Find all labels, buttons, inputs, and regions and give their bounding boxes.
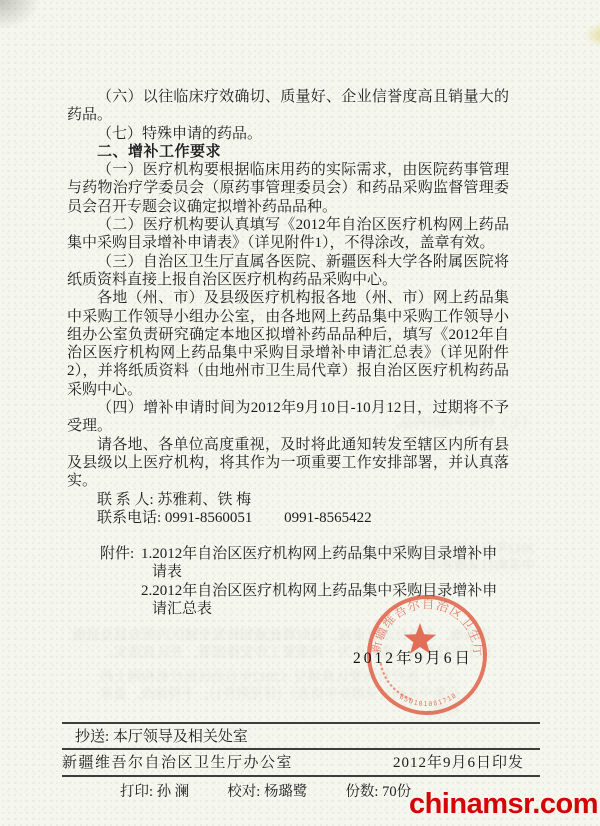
scan-edge-stain [584, 22, 600, 48]
copies-label: 份数: [345, 784, 378, 800]
body-paragraph: 请各地、各单位高度重视，及时将此通知转发至辖区内所有县及县级以上医疗机构，将其作… [67, 436, 509, 491]
attachment-title: 2012年自治区医疗机构网上药品集中采购目录增补申 [152, 546, 497, 562]
print-name: 孙 澜 [157, 784, 190, 800]
body-paragraph: （七）特殊申请的药品。 [67, 125, 509, 143]
attachment-title-wrap: 请表 [141, 563, 509, 581]
attachment-number: 1. [141, 546, 152, 562]
contact-person-line: 联 系 人: 苏雅莉、铁 梅 [67, 491, 509, 509]
body-paragraph: （三）自治区卫生厅直属各医院、新疆医科大学各附属医院将纸质资料直接上报自治区医疗… [67, 253, 509, 290]
contact-phone-1: 0991-8560051 [165, 510, 253, 526]
section-heading: 二、增补工作要求 [67, 143, 509, 161]
body-paragraph: （一）医疗机构要根据临床用药的实际需求，由医院药事管理与药物治疗学委员会（原药事… [67, 161, 509, 216]
scan-corner-smudge [0, 0, 46, 34]
contact-phone-2: 0991-8565422 [284, 510, 372, 526]
proofread-label: 校对: [227, 784, 260, 800]
body-paragraph: （二）医疗机构要认真填写《2012年自治区医疗机构网上药品集中采购目录增补申请表… [67, 216, 509, 253]
body-paragraph: （四）增补申请时间为2012年9月10日-10月12日，过期将不予受理。 [67, 399, 509, 436]
proofread-name: 杨璐鹭 [264, 784, 308, 800]
scanned-document-page: （七）特殊申请的药品。 请各地、各单位高度重视，及时将此通知转发至辖区内所有县及… [0, 0, 600, 826]
document-body: （六）以往临床疗效确切、质量好、企业信誉度高且销量大的药品。 （七）特殊申请的药… [67, 88, 509, 618]
issuing-office: 新疆维吾尔自治区卫生厅办公室 [62, 751, 293, 772]
contact-phone-line: 联系电话: 0991-8560051 0991-8565422 [67, 509, 509, 527]
site-watermark: chinamsr.com [409, 788, 598, 821]
seal-date: 2012年9月6日 [353, 646, 503, 668]
copy-to-line: 抄送: 本厅领导及相关处室 [62, 724, 540, 750]
attachment-item: 1.2012年自治区医疗机构网上药品集中采购目录增补申 请表 [141, 545, 509, 582]
attachment-number: 2. [141, 583, 152, 599]
contact-phone-label: 联系电话: [97, 510, 161, 526]
body-paragraph: 各地（州、市）及县级医疗机构报各地（州、市）网上药品集中采购工作领导小组办公室，… [67, 289, 509, 399]
copies-value: 70份 [382, 784, 411, 800]
body-paragraph: （六）以往临床疗效确切、质量好、企业信誉度高且销量大的药品。 [67, 88, 509, 125]
issue-date: 2012年9月6日印发 [393, 751, 524, 772]
print-label: 打印: [120, 784, 153, 800]
attachments-label: 附件: [100, 545, 141, 618]
